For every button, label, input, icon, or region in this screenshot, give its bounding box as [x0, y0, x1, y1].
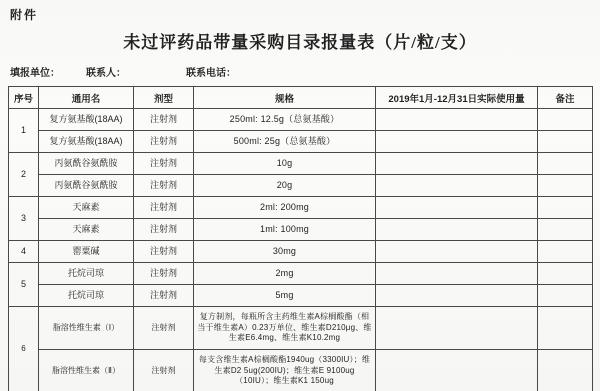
contact-phone-label: 联系电话：	[186, 64, 236, 79]
table-row: 天麻素注射剂1ml: 100mg	[9, 219, 593, 241]
cell-actual-usage	[376, 131, 538, 153]
cell-serial-number: 2	[9, 153, 39, 197]
cell-specification: 500ml: 25g（总氨基酸）	[194, 131, 376, 153]
cell-specification: 2ml: 200mg	[194, 197, 376, 219]
cell-dosage-form: 注射剂	[134, 350, 194, 391]
header-dosage-form: 剂型	[134, 87, 194, 109]
header-generic-name: 通用名	[39, 87, 134, 109]
cell-generic-name: 天麻素	[39, 219, 134, 241]
contact-person-label: 联系人：	[86, 64, 126, 79]
cell-generic-name: 罂粟碱	[39, 241, 134, 263]
header-specification: 规格	[194, 87, 376, 109]
header-actual-usage-2019: 2019年1月-12月31日实际使用量	[376, 87, 538, 109]
cell-remarks	[538, 350, 593, 391]
cell-remarks	[538, 131, 593, 153]
cell-actual-usage	[376, 241, 538, 263]
cell-dosage-form: 注射剂	[134, 219, 194, 241]
cell-generic-name: 复方氨基酸(18AA)	[39, 109, 134, 131]
cell-specification: 250ml: 12.5g（总氨基酸）	[194, 109, 376, 131]
cell-actual-usage	[376, 263, 538, 285]
cell-specification: 2mg	[194, 263, 376, 285]
table-row: 5托烷司琼注射剂2mg	[9, 263, 593, 285]
table-row: 托烷司琼注射剂5mg	[9, 285, 593, 307]
table-row: 丙氨酰谷氨酰胺注射剂20g	[9, 175, 593, 197]
cell-serial-number: 3	[9, 197, 39, 241]
cell-actual-usage	[376, 109, 538, 131]
scanned-document-page: 附件 未过评药品带量采购目录报量表（片/粒/支） 填报单位： 联系人： 联系电话…	[0, 0, 600, 391]
cell-specification: 30mg	[194, 241, 376, 263]
cell-dosage-form: 注射剂	[134, 285, 194, 307]
cell-dosage-form: 注射剂	[134, 307, 194, 350]
cell-generic-name: 丙氨酰谷氨酰胺	[39, 153, 134, 175]
table-row: 6脂溶性维生素（Ⅰ）注射剂复方制剂，每瓶所含主药维生素A棕榈酸酯（相当于维生素A…	[9, 307, 593, 350]
cell-serial-number: 1	[9, 109, 39, 153]
drug-table-body: 1复方氨基酸(18AA)注射剂250ml: 12.5g（总氨基酸）复方氨基酸(1…	[9, 109, 593, 391]
cell-generic-name: 丙氨酰谷氨酰胺	[39, 175, 134, 197]
cell-remarks	[538, 219, 593, 241]
cell-actual-usage	[376, 219, 538, 241]
cell-remarks	[538, 109, 593, 131]
table-row: 3天麻素注射剂2ml: 200mg	[9, 197, 593, 219]
cell-specification: 每支含维生素A棕榈酸酯1940ug（3300IU）；维生素D2 5ug(200I…	[194, 350, 376, 391]
cell-specification: 1ml: 100mg	[194, 219, 376, 241]
cell-remarks	[538, 263, 593, 285]
cell-actual-usage	[376, 153, 538, 175]
cell-serial-number: 5	[9, 263, 39, 307]
table-row: 1复方氨基酸(18AA)注射剂250ml: 12.5g（总氨基酸）	[9, 109, 593, 131]
cell-dosage-form: 注射剂	[134, 197, 194, 219]
table-header-row: 序号 通用名 剂型 规格 2019年1月-12月31日实际使用量 备注	[9, 87, 593, 109]
meta-row: 填报单位： 联系人： 联系电话：	[8, 64, 592, 77]
cell-dosage-form: 注射剂	[134, 263, 194, 285]
header-remarks: 备注	[538, 87, 593, 109]
cell-specification: 5mg	[194, 285, 376, 307]
cell-actual-usage	[376, 350, 538, 391]
table-row: 4罂粟碱注射剂30mg	[9, 241, 593, 263]
cell-actual-usage	[376, 307, 538, 350]
cell-remarks	[538, 307, 593, 350]
table-row: 脂溶性维生素（Ⅱ）注射剂每支含维生素A棕榈酸酯1940ug（3300IU）；维生…	[9, 350, 593, 391]
attachment-label: 附件	[10, 6, 592, 23]
cell-remarks	[538, 175, 593, 197]
cell-dosage-form: 注射剂	[134, 241, 194, 263]
cell-dosage-form: 注射剂	[134, 153, 194, 175]
cell-dosage-form: 注射剂	[134, 175, 194, 197]
reporting-unit-label: 填报单位：	[10, 64, 60, 79]
cell-generic-name: 脂溶性维生素（Ⅰ）	[39, 307, 134, 350]
cell-actual-usage	[376, 285, 538, 307]
cell-actual-usage	[376, 175, 538, 197]
cell-remarks	[538, 241, 593, 263]
cell-generic-name: 脂溶性维生素（Ⅱ）	[39, 350, 134, 391]
cell-serial-number: 6	[9, 307, 39, 391]
cell-specification: 10g	[194, 153, 376, 175]
header-serial: 序号	[9, 87, 39, 109]
cell-generic-name: 托烷司琼	[39, 285, 134, 307]
cell-serial-number: 4	[9, 241, 39, 263]
table-row: 复方氨基酸(18AA)注射剂500ml: 25g（总氨基酸）	[9, 131, 593, 153]
cell-generic-name: 天麻素	[39, 197, 134, 219]
cell-dosage-form: 注射剂	[134, 131, 194, 153]
cell-remarks	[538, 153, 593, 175]
table-row: 2丙氨酰谷氨酰胺注射剂10g	[9, 153, 593, 175]
cell-remarks	[538, 197, 593, 219]
cell-specification: 复方制剂，每瓶所含主药维生素A棕榈酸酯（相当于维生素A）0.23万单位、维生素D…	[194, 307, 376, 350]
cell-generic-name: 复方氨基酸(18AA)	[39, 131, 134, 153]
cell-dosage-form: 注射剂	[134, 109, 194, 131]
cell-generic-name: 托烷司琼	[39, 263, 134, 285]
drug-report-table: 序号 通用名 剂型 规格 2019年1月-12月31日实际使用量 备注 1复方氨…	[8, 86, 593, 391]
cell-specification: 20g	[194, 175, 376, 197]
page-title: 未过评药品带量采购目录报量表（片/粒/支）	[8, 28, 592, 53]
cell-remarks	[538, 285, 593, 307]
cell-actual-usage	[376, 197, 538, 219]
